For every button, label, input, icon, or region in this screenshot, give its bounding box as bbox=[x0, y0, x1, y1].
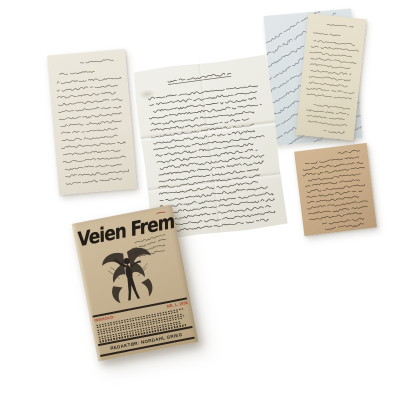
handwriting-lines bbox=[54, 72, 132, 190]
handwriting-lines bbox=[304, 36, 361, 103]
handwriting-paragraph bbox=[304, 100, 351, 129]
handwriting-lines bbox=[299, 152, 371, 221]
handwriting-signature bbox=[322, 125, 349, 136]
handwriting-title bbox=[165, 66, 236, 85]
photo-backdrop: Veien Frem INNHOLD: NR. 1. 1936 R bbox=[0, 0, 416, 400]
handwritten-letter-left bbox=[47, 49, 137, 195]
cover-illustration bbox=[95, 242, 165, 310]
handwriting-dateline bbox=[77, 55, 118, 66]
brown-note bbox=[294, 143, 377, 236]
